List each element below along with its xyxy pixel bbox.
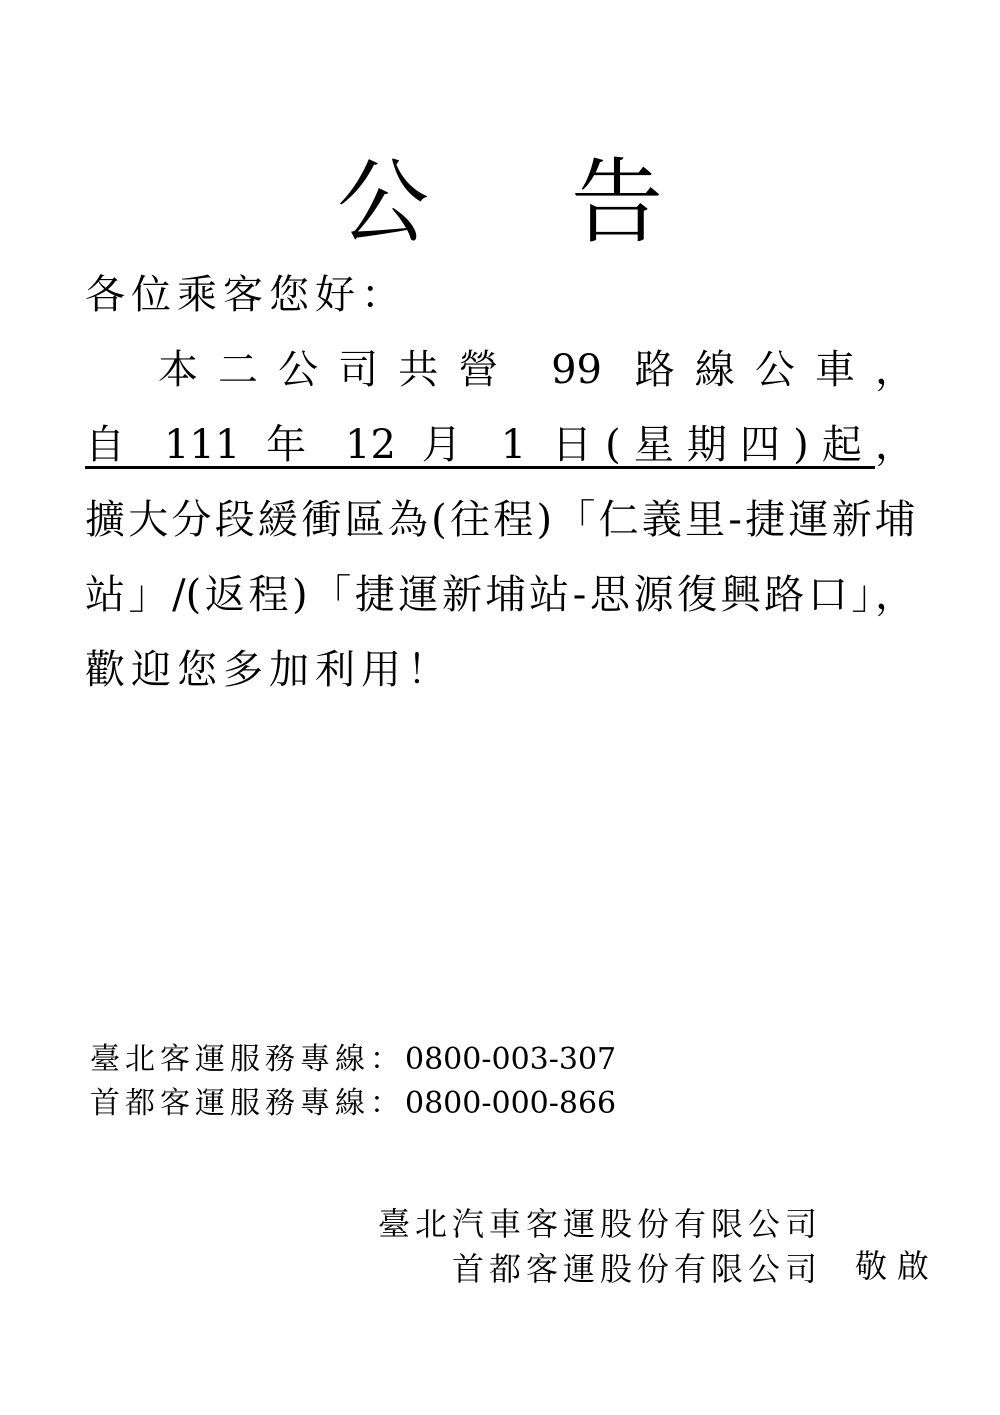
underlined-date-range: 自 111 年 12 月 1 日(星期四)起 xyxy=(85,422,875,468)
company-name-2: 首都客運股份有限公司 xyxy=(378,1247,822,1292)
company-name-1: 臺北汽車客運股份有限公司 xyxy=(378,1202,822,1247)
hotline-row-capital: 首都客運服務專線：0800-000-866 xyxy=(90,1082,616,1126)
hotline-row-taipei: 臺北客運服務專線：0800-003-307 xyxy=(90,1038,616,1082)
date-range-trailing-comma: ， xyxy=(875,422,915,468)
body-line-3: 擴大分段緩衝區為(往程)「仁義里-捷運新埔 xyxy=(85,483,915,558)
greeting-line: 各位乘客您好： xyxy=(85,258,915,333)
body-line-4: 站」/(返程)「捷運新埔站-思源復興路口」， xyxy=(85,558,915,633)
signature-block: 臺北汽車客運股份有限公司 首都客運股份有限公司 xyxy=(378,1202,822,1292)
hotline-label: 首都客運服務專線： xyxy=(90,1086,405,1121)
body-line-5: 歡迎您多加利用！ xyxy=(85,633,915,708)
notice-page: 公 告 各位乘客您好： 本二公司共營 99 路線公車， 自 111 年 12 月… xyxy=(0,0,1000,1415)
hotline-number: 0800-000-866 xyxy=(405,1086,616,1121)
closing-salutation: 敬啟 xyxy=(855,1241,939,1287)
hotline-number: 0800-003-307 xyxy=(405,1042,616,1077)
body-line-2: 自 111 年 12 月 1 日(星期四)起， xyxy=(85,408,915,483)
notice-title: 公 告 xyxy=(0,150,1000,256)
hotline-block: 臺北客運服務專線：0800-003-307 首都客運服務專線：0800-000-… xyxy=(90,1038,616,1126)
body-paragraph: 各位乘客您好： 本二公司共營 99 路線公車， 自 111 年 12 月 1 日… xyxy=(85,258,915,708)
body-line-1: 本二公司共營 99 路線公車， xyxy=(85,333,915,408)
hotline-label: 臺北客運服務專線： xyxy=(90,1042,405,1077)
